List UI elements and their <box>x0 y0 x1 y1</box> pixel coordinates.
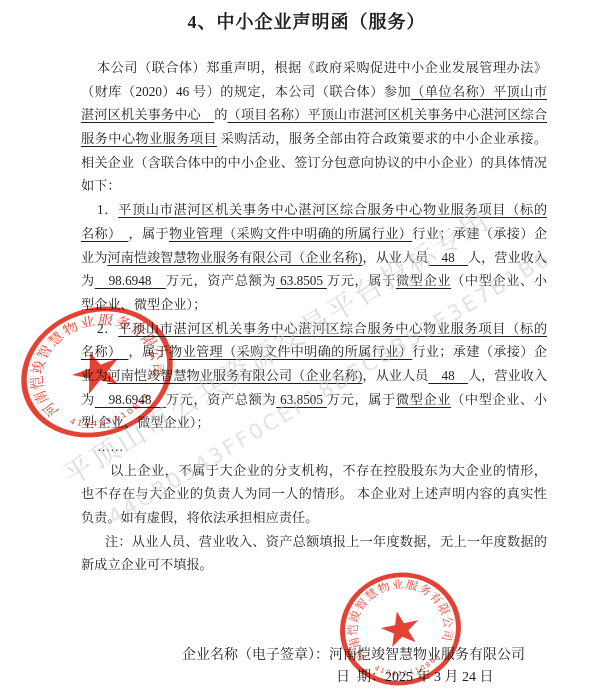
filled-blank-text: 48 <box>428 250 468 265</box>
filled-blank-text: 名称） <box>81 226 128 241</box>
text-segment: 万元，属于 <box>327 392 396 407</box>
text-line: 名称） ，属于物业管理（采购文件中明确的所属行业）行业；承建（承接）企 <box>81 222 547 246</box>
text-segment: 如下： <box>81 178 121 193</box>
filled-blank-text: 平顶山市湛河区机关事务中心湛河区综合服务中心物业服务项目（标的 <box>118 321 547 336</box>
filled-blank-text: 湛河区机关事务中心 <box>81 107 214 122</box>
filled-blank-text: 微型企业 <box>396 273 451 288</box>
text-line: （财库（2020）46 号）的规定，本公司（联合体）参加（单位名称）平顶山市 <box>81 80 547 104</box>
text-segment: 相关企业（含联合体中的中小企业、签订分包意向协议的中小企业）的具体情况 <box>81 155 547 170</box>
filled-blank-text: （单位名称）平顶山市 <box>411 84 547 99</box>
text-line: 负责。如有虚假，将依法承担相应责任。 <box>81 506 547 530</box>
text-segment: ，从业人员 <box>362 368 428 383</box>
text-segment: ，从业人员 <box>362 250 428 265</box>
company-seal-stamp: ★ 河南恺竣智慧物业服务有限公司 410411110864 <box>327 559 473 696</box>
filled-blank-text: 河南恺竣智慧物业服务有限公司（企业名称) <box>107 250 362 265</box>
text-segment: 负责。如有虚假，将依法承担相应责任。 <box>81 510 318 525</box>
text-segment: …… <box>97 439 123 454</box>
page-title: 4、中小企业声明函（服务） <box>0 8 613 34</box>
text-line: 本公司（联合体）郑重声明，根据《政府采购促进中小企业发展管理办法》 <box>81 56 547 80</box>
text-segment: 以上企业，不属于大企业的分支机构，不存在控股股东为大企业的情形， <box>110 463 547 478</box>
text-line: …… <box>81 435 547 459</box>
text-segment: 人，营业收入 <box>468 368 547 383</box>
text-segment: 本公司（联合体）郑重声明，根据《政府采购促进中小企业发展管理办法》 <box>97 60 547 75</box>
text-segment: 为 <box>81 273 95 288</box>
text-segment: 万元，资产总额为 <box>166 273 276 288</box>
text-segment: 万元，属于 <box>327 273 396 288</box>
text-segment: ，属于 <box>128 226 169 241</box>
filled-blank-text: （项目名称）平顶山市湛河区机关事务中心湛河区综合 <box>228 107 547 122</box>
text-line: 以上企业，不属于大企业的分支机构，不存在控股股东为大企业的情形， <box>81 459 547 483</box>
text-segment: 也不存在与大企业的负责人为同一人的情形。 本企业对上述声明内容的真实性 <box>81 486 547 501</box>
text-segment: 行业；承建（承接）企 <box>412 226 547 241</box>
filled-blank-text: 物业管理（采购文件中明确的所属行业） <box>169 344 412 359</box>
filled-blank-text: 平顶山市湛河区机关事务中心湛河区综合服务中心物业服务项目（标的 <box>118 202 547 217</box>
text-line: 新成立企业可不填报。 <box>81 553 547 577</box>
text-segment: （中型企业、小 <box>451 273 547 288</box>
filled-blank-text: 98.6948 <box>95 273 166 288</box>
document-page: 平顶山市公共资源交易平台投标专用 44CB0943FF0CEF18BEC8B53… <box>0 0 613 696</box>
company-seal-label: 企业名称（电子签章）： <box>182 648 329 663</box>
text-segment: 行业；承建（承接）企 <box>412 344 547 359</box>
text-line: 1．平顶山市湛河区机关事务中心湛河区综合服务中心物业服务项目（标的 <box>81 198 547 222</box>
star-icon: ★ <box>373 598 428 660</box>
text-segment: 1． <box>97 202 118 217</box>
text-line: 业为河南恺竣智慧物业服务有限公司（企业名称)，从业人员 48 人，营业收入 <box>81 246 547 270</box>
filled-blank-text: 服务中心物业服务项目 <box>81 131 217 146</box>
text-line: 相关企业（含联合体中的中小企业、签订分包意向协议的中小企业）的具体情况 <box>81 151 547 175</box>
filled-blank-text: 微型企业 <box>396 392 451 407</box>
text-segment: 注：从业人员、营业收入、资产总额填报上一年度数据，无上一年度数据的 <box>105 534 547 549</box>
text-segment: 采购活动，服务全部由符合政策要求的中小企业承接。 <box>217 131 547 146</box>
text-segment: （中型企业、小 <box>451 392 547 407</box>
filled-blank-text: 物业管理（采购文件中明确的所属行业） <box>169 226 412 241</box>
text-line: 如下： <box>81 174 547 198</box>
filled-blank-text: 63.8505 <box>276 273 327 288</box>
filled-blank-text: 48 <box>428 368 468 383</box>
filled-blank-text: 63.8505 <box>276 392 327 407</box>
text-segment: 人，营业收入 <box>468 250 547 265</box>
text-line: 服务中心物业服务项目 采购活动，服务全部由符合政策要求的中小企业承接。 <box>81 127 547 151</box>
text-line: 湛河区机关事务中心 的（项目名称）平顶山市湛河区机关事务中心湛河区综合 <box>81 103 547 127</box>
text-line: 注：从业人员、营业收入、资产总额填报上一年度数据，无上一年度数据的 <box>81 530 547 554</box>
text-segment: （财库（2020）46 号）的规定，本公司（联合体）参加 <box>81 84 411 99</box>
text-segment: 业为 <box>81 250 107 265</box>
text-line: 也不存在与大企业的负责人为同一人的情形。 本企业对上述声明内容的真实性 <box>81 482 547 506</box>
text-segment: 新成立企业可不填报。 <box>81 557 213 572</box>
text-segment: 的 <box>214 107 227 122</box>
star-icon: ★ <box>60 333 135 410</box>
